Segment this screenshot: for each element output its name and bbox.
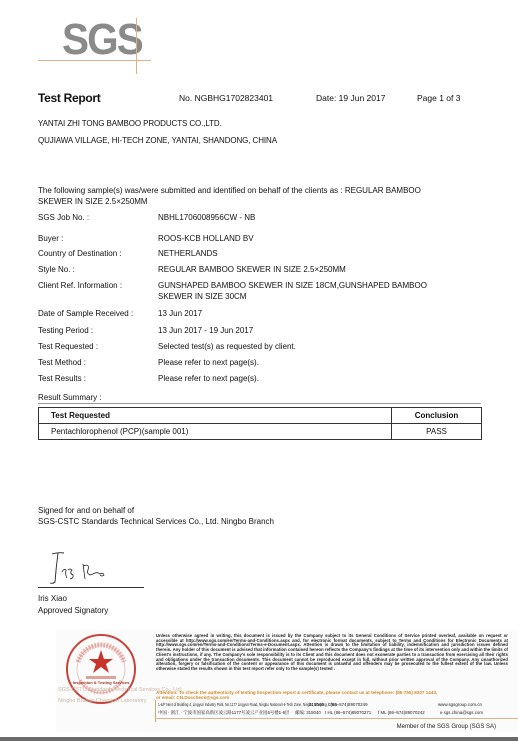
field-label: Test Method : (38, 357, 163, 368)
divider (38, 403, 481, 404)
intro-statement: The following sample(s) was/were submitt… (38, 185, 478, 207)
footer-divider (155, 718, 518, 719)
handwritten-signature (38, 548, 118, 586)
sgs-group-membership: Member of the SGS Group (SGS SA) (397, 724, 496, 730)
logo-horizontal-line (38, 60, 151, 61)
field-value: GUNSHAPED BAMBOO SKEWER IN SIZE 18CM,GUN… (158, 280, 478, 302)
column-header-conclusion: Conclusion (392, 408, 482, 424)
field-value: 13 Jun 2017 - 19 Jun 2017 (158, 325, 478, 336)
company-seal-stamp: Inspection & Testing Services (64, 632, 138, 706)
field-value: Please refer to next page(s). (158, 373, 478, 384)
signature-line (38, 587, 144, 588)
report-date: Date: 19 Jun 2017 (316, 93, 385, 103)
field-label: Client Ref. Information : (38, 280, 163, 291)
field-label: Buyer : (38, 233, 163, 244)
sgs-logo-text: SGS (62, 16, 142, 64)
field-value-line-2: SKEWER IN SIZE 30CM (158, 291, 478, 302)
address-cn: 中国 · 浙江 · 宁波市国家高新区凌云路1177号凌云产业园6号楼1-6层 (158, 710, 289, 716)
test-name-cell: Pentachlorophenol (PCP)(sample 001) (39, 424, 392, 440)
field-label: Testing Period : (38, 325, 163, 336)
field-value: NBHL1706008956CW - NB (158, 212, 478, 223)
field-label: SGS Job No. : (38, 212, 163, 223)
field-value: Please refer to next page(s). (158, 357, 478, 368)
signatory: Iris Xiao Approved Signatory (38, 593, 108, 617)
client-address: QUJIAWA VILLAGE, HI-TECH ZONE, YANTAI, S… (38, 136, 277, 145)
field-value: 13 Jun 2017 (158, 308, 478, 319)
signed-on-behalf: Signed for and on behalf of SGS-CSTC Sta… (38, 505, 274, 527)
email-link[interactable]: e sgs.china@sgs.com (440, 710, 483, 715)
client-name: YANTAI ZHI TONG BAMBOO PRODUCTS CO.,LTD. (38, 119, 222, 128)
legal-disclaimer: Unless otherwise agreed in writing, this… (156, 634, 508, 672)
report-title: Test Report (38, 91, 100, 105)
column-header-test: Test Requested (39, 408, 392, 424)
conclusion-cell: PASS (392, 424, 482, 440)
telephone-cn: t HL (86–574)89070271 (325, 710, 371, 715)
signatory-role: Approved Signatory (38, 605, 108, 617)
field-value: ROOS-KCB HOLLAND BV (158, 233, 478, 244)
authenticity-notice: Attention: To check the authenticity of … (156, 690, 508, 700)
field-value: Selected test(s) as requested by client. (158, 341, 478, 352)
signed-line-2: SGS-CSTC Standards Technical Services Co… (38, 516, 274, 527)
field-label: Test Results : (38, 373, 163, 384)
intro-line-2: SKEWER IN SIZE 2.5×250MM (38, 196, 478, 207)
zip-en: 315040 (309, 702, 324, 707)
telephone-en: t (86–574)89070249 (328, 702, 368, 707)
field-value: NETHERLANDS (158, 248, 478, 259)
zip-cn: 邮编: 315040 (295, 710, 321, 716)
sgs-logo: SGS (38, 14, 153, 72)
website-link[interactable]: www.sgsgroup.com.cn (438, 702, 482, 707)
fax-cn: f ML (86–574)89070242 (378, 710, 425, 715)
field-value-line-1: GUNSHAPED BAMBOO SKEWER IN SIZE 18CM,GUN… (158, 280, 478, 291)
page-bottom-border (0, 737, 518, 741)
field-label: Style No. : (38, 264, 163, 275)
report-header: Test Report No. NGBHG1702823401 Date: 19… (38, 93, 518, 109)
result-summary-table: Test Requested Conclusion Pentachlorophe… (38, 407, 482, 440)
field-label: Country of Destination : (38, 248, 163, 259)
page-indicator: Page 1 of 3 (417, 93, 460, 103)
table-row: Pentachlorophenol (PCP)(sample 001) PASS (39, 424, 482, 440)
report-number: No. NGBHG1702823401 (179, 93, 273, 103)
signed-line-1: Signed for and on behalf of (38, 505, 274, 516)
field-label: Test Requested : (38, 341, 163, 352)
attention-line-2: or email: CN.Doccheck@sgs.com (156, 695, 508, 700)
signatory-name: Iris Xiao (38, 593, 108, 605)
stamp-text: Inspection & Testing Services (73, 680, 130, 685)
table-header-row: Test Requested Conclusion (39, 408, 482, 424)
result-summary-label: Result Summary : (38, 393, 102, 402)
field-label: Date of Sample Received : (38, 308, 163, 319)
lab-name-line-2: Ningbo Branch Chemical Laboratory (58, 698, 147, 704)
intro-line-1: The following sample(s) was/were submitt… (38, 185, 478, 196)
field-value: REGULAR BAMBOO SKEWER IN SIZE 2.5×250MM (158, 264, 478, 275)
logo-vertical-line (136, 18, 137, 74)
